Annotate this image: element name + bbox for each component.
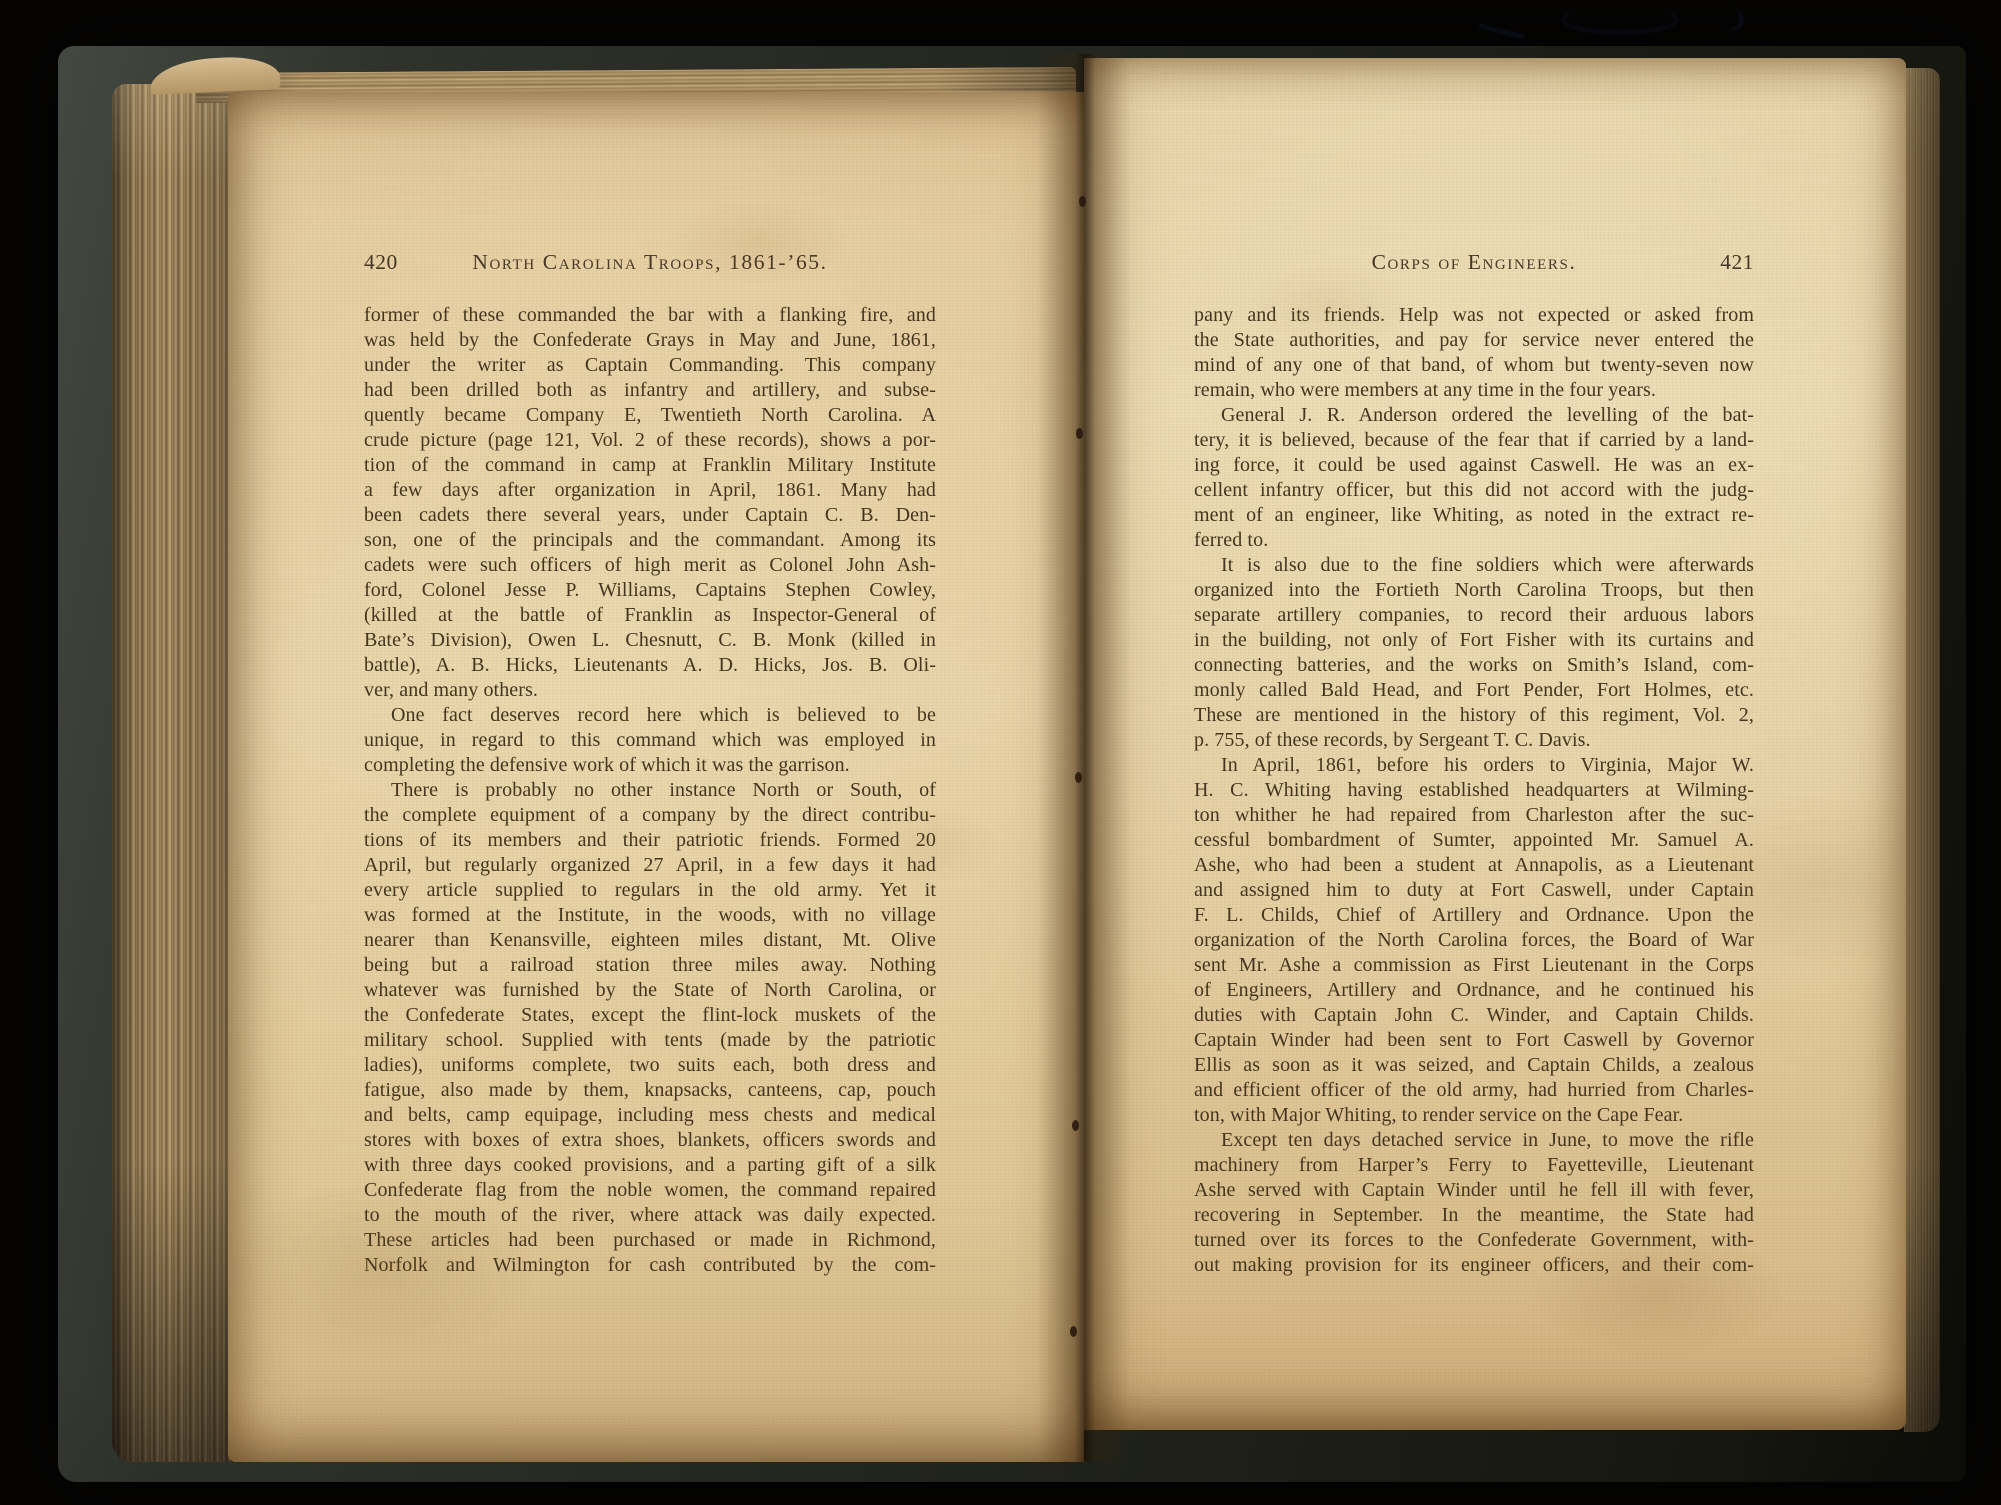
text-line: son, one of the principals and the comma… [364,528,936,553]
fore-edge-page-stack [112,84,230,1462]
text-line: duties with Captain John C. Winder, and … [1194,1003,1754,1028]
text-line: Captain Winder had been sent to Fort Cas… [1194,1028,1754,1053]
text-line: tions of its members and their patriotic… [364,828,936,853]
text-line: ton, with Major Whiting, to render servi… [1194,1103,1754,1128]
text-line: turned over its forces to the Confederat… [1194,1228,1754,1253]
text-line: tion of the command in camp at Franklin … [364,453,936,478]
right-page-header: Corps of Engineers. 421 [1194,250,1754,275]
text-line: General J. R. Anderson ordered the level… [1194,403,1754,428]
text-line: of Engineers, Artillery and Ordnance, an… [1194,978,1754,1003]
text-line: unique, in regard to this command which … [364,728,936,753]
text-line: military school. Supplied with tents (ma… [364,1028,936,1053]
text-line: been cadets there several years, under C… [364,503,936,528]
text-line: in the building, not only of Fort Fisher… [1194,628,1754,653]
text-line: sent Mr. Ashe a commission as First Lieu… [1194,953,1754,978]
text-line: Bate’s Division), Owen L. Chesnutt, C. B… [364,628,936,653]
text-line: It is also due to the fine soldiers whic… [1194,553,1754,578]
text-line: ment of an engineer, like Whiting, as no… [1194,503,1754,528]
text-line: being but a railroad station three miles… [364,953,936,978]
text-line: the State authorities, and pay for servi… [1194,328,1754,353]
text-line: cellent infantry officer, but this did n… [1194,478,1754,503]
text-line: ferred to. [1194,528,1754,553]
text-line: There is probably no other instance Nort… [364,778,936,803]
faint-blue-ink-marking [1470,0,1790,44]
text-line: mind of any one of that band, of whom bu… [1194,353,1754,378]
text-line: ing force, it could be used against Casw… [1194,453,1754,478]
right-page-body: pany and its friends. Help was not expec… [1194,303,1754,1278]
text-line: battle), A. B. Hicks, Lieutenants A. D. … [364,653,936,678]
ink-stroke [1562,6,1678,34]
text-line: ford, Colonel Jesse P. Williams, Captain… [364,578,936,603]
text-line: H. C. Whiting having established headqua… [1194,778,1754,803]
text-line: These are mentioned in the history of th… [1194,703,1754,728]
text-line: These articles had been purchased or mad… [364,1228,936,1253]
text-line: whatever was furnished by the State of N… [364,978,936,1003]
text-line: every article supplied to regulars in th… [364,878,936,903]
text-line: separate artillery companies, to record … [1194,603,1754,628]
text-line: Ellis as soon as it was seized, and Capt… [1194,1053,1754,1078]
text-line: (killed at the battle of Franklin as Ins… [364,603,936,628]
left-page-body: former of these commanded the bar with a… [364,303,936,1278]
text-line: with three days cooked provisions, and a… [364,1153,936,1178]
text-line: a few days after organization in April, … [364,478,936,503]
text-line: was formed at the Institute, in the wood… [364,903,936,928]
text-line: organized into the Fortieth North Caroli… [1194,578,1754,603]
text-line: crude picture (page 121, Vol. 2 of these… [364,428,936,453]
text-line: to the mouth of the river, where attack … [364,1203,936,1228]
text-line: In April, 1861, before his orders to Vir… [1194,753,1754,778]
text-line: and efficient officer of the old army, h… [1194,1078,1754,1103]
text-line: fatigue, also made by them, knapsacks, c… [364,1078,936,1103]
text-line: Except ten days detached service in June… [1194,1128,1754,1153]
text-line: recovering in September. In the meantime… [1194,1203,1754,1228]
binding-stitch [1076,428,1083,439]
binding-stitch [1079,196,1086,207]
text-line: and belts, camp equipage, including mess… [364,1103,936,1128]
left-page-header: 420 North Carolina Troops, 1861-’65. [364,250,936,275]
text-line: pany and its friends. Help was not expec… [1194,303,1754,328]
text-line: ton whither he had repaired from Charles… [1194,803,1754,828]
binding-stitch [1075,772,1082,783]
left-page-number: 420 [364,250,436,275]
text-line: was held by the Confederate Grays in May… [364,328,936,353]
text-line: monly called Bald Head, and Fort Pender,… [1194,678,1754,703]
text-line: organization of the North Carolina force… [1194,928,1754,953]
ink-stroke [1478,9,1527,39]
book-photo: 420 North Carolina Troops, 1861-’65. for… [0,0,2001,1505]
text-line: completing the defensive work of which i… [364,753,936,778]
text-line: quently became Company E, Twentieth Nort… [364,403,936,428]
left-page: 420 North Carolina Troops, 1861-’65. for… [228,92,1084,1462]
text-line: the complete equipment of a company by t… [364,803,936,828]
text-line: the Confederate States, except the flint… [364,1003,936,1028]
text-line: F. L. Childs, Chief of Artillery and Ord… [1194,903,1754,928]
text-line: nearer than Kenansville, eighteen miles … [364,928,936,953]
text-line: Confederate flag from the noble women, t… [364,1178,936,1203]
text-line: cadets were such officers of high merit … [364,553,936,578]
right-page-edges [1904,68,1940,1432]
text-line: had been drilled both as infantry and ar… [364,378,936,403]
text-line: Ashe, who had been a student at Annapoli… [1194,853,1754,878]
text-line: cessful bombardment of Sumter, appointed… [1194,828,1754,853]
right-running-title: Corps of Engineers. [1266,250,1682,275]
text-line: former of these commanded the bar with a… [364,303,936,328]
right-page: Corps of Engineers. 421 pany and its fri… [1084,58,1906,1430]
text-line: ver, and many others. [364,678,936,703]
text-line: under the writer as Captain Commanding. … [364,353,936,378]
text-line: connecting batteries, and the works on S… [1194,653,1754,678]
text-line: tery, it is believed, because of the fea… [1194,428,1754,453]
text-line: April, but regularly organized 27 April,… [364,853,936,878]
text-line: stores with boxes of extra shoes, blanke… [364,1128,936,1153]
text-line: and assigned him to duty at Fort Caswell… [1194,878,1754,903]
binding-stitch [1070,1326,1077,1337]
text-line: out making provision for its engineer of… [1194,1253,1754,1278]
text-line: Ashe served with Captain Winder until he… [1194,1178,1754,1203]
text-line: remain, who were members at any time in … [1194,378,1754,403]
binding-stitch [1072,1120,1079,1131]
right-page-number: 421 [1682,250,1754,275]
text-line: ladies), uniforms complete, two suits ea… [364,1053,936,1078]
text-line: machinery from Harper’s Ferry to Fayette… [1194,1153,1754,1178]
text-line: p. 755, of these records, by Sergeant T.… [1194,728,1754,753]
left-running-title: North Carolina Troops, 1861-’65. [436,250,864,275]
text-line: One fact deserves record here which is b… [364,703,936,728]
ink-stroke [1703,0,1747,35]
text-line: Norfolk and Wilmington for cash contribu… [364,1253,936,1278]
